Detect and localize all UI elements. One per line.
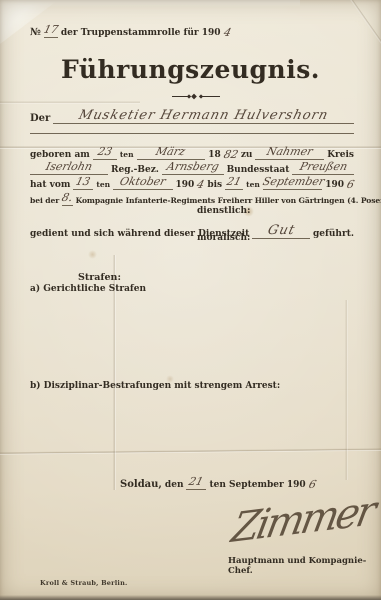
- conduct-value: Gut: [266, 224, 296, 237]
- conduct-field: Gut: [252, 219, 310, 239]
- strafen-item-b: b) Disziplinar-Bestrafungen mit strengem…: [30, 381, 280, 391]
- date-rest: ten September 190: [209, 480, 305, 490]
- crease-line: [0, 448, 381, 455]
- bei-der-label: bei der: [30, 197, 59, 206]
- registry-year-digit: 4: [222, 27, 232, 38]
- registry-number-value: 17: [43, 24, 60, 35]
- place-name: Soldau,: [120, 479, 162, 491]
- crease-line: [345, 300, 348, 480]
- registry-line-text: der Truppenstammrolle für 190: [61, 28, 221, 38]
- gefuehrt-label: geführt.: [313, 229, 354, 239]
- date-day-field: 21: [186, 470, 206, 490]
- registry-number-line: № 17 der Truppenstammrolle für 1904: [30, 18, 215, 38]
- dienstlich-label: dienstlich:: [197, 206, 250, 216]
- strafen-item-a: a) Gerichtliche Strafen: [30, 284, 146, 294]
- document-photo: № 17 der Truppenstammrolle für 1904 Führ…: [0, 0, 381, 600]
- paper-bottom-edge: [0, 595, 381, 600]
- company-value: 8.: [61, 192, 74, 203]
- printer-imprint: Kroll & Straub, Berlin.: [40, 580, 127, 587]
- soldier-name-line: Der Musketier Hermann Hulvershorn: [30, 104, 354, 124]
- blank-rule-line: [30, 133, 354, 134]
- numero-symbol: №: [30, 27, 41, 39]
- company-field: 8.: [62, 186, 73, 206]
- document-title: Führungszeugnis.: [0, 55, 381, 84]
- unit-line: bei der 8. Kompagnie Infanterie-Regiment…: [30, 186, 360, 206]
- den-label: den: [165, 480, 184, 490]
- place-date-line: Soldau, den 21 ten September 1906: [120, 470, 316, 490]
- title-divider-ornament-icon: [172, 92, 220, 101]
- registry-number-field: 17: [44, 18, 58, 38]
- signature-handwriting: Zimmer: [229, 491, 377, 549]
- crease-line: [344, 0, 381, 48]
- soldier-name-field: Musketier Hermann Hulvershorn: [53, 104, 354, 124]
- soldier-name-value: Musketier Hermann Hulvershorn: [77, 109, 329, 122]
- strafen-heading: Strafen:: [78, 272, 121, 283]
- ink-stain: [88, 250, 97, 259]
- unit-text: Kompagnie Infanterie-Regiments Freiherr …: [76, 197, 381, 206]
- moralisch-label: moralisch:: [197, 233, 250, 243]
- signer-title: Hauptmann und Kompagnie-Chef.: [228, 556, 381, 576]
- date-year-digit: 6: [307, 479, 317, 490]
- date-day-value: 21: [188, 476, 205, 487]
- conduct-line: gedient und sich während dieser Dienstze…: [30, 219, 354, 239]
- document-page: № 17 der Truppenstammrolle für 1904 Führ…: [0, 0, 381, 600]
- blank-rule: [30, 122, 354, 134]
